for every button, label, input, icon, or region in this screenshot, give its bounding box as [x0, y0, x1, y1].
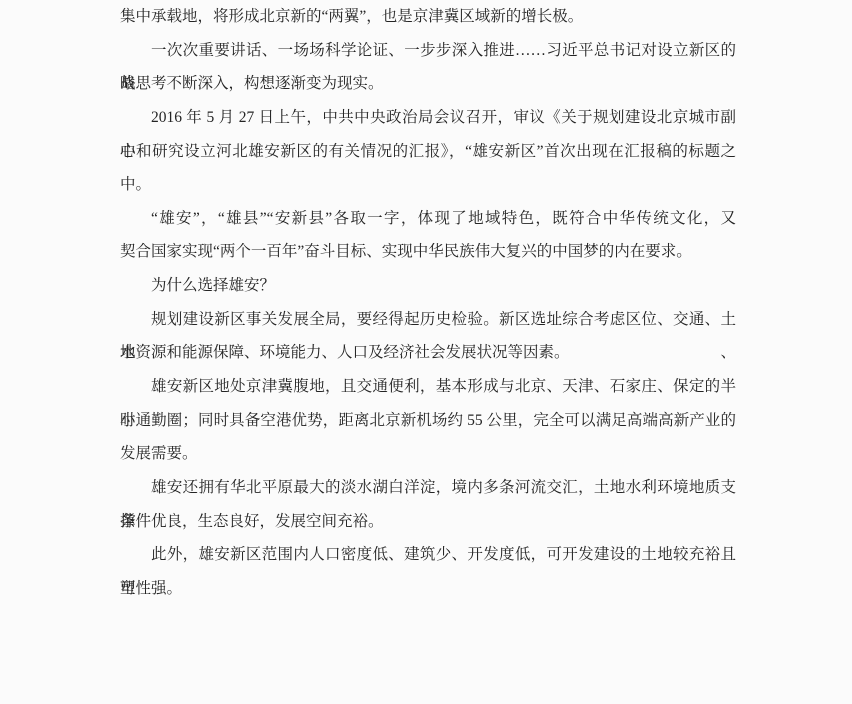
- text-line: 契合国家实现“两个一百年”奋斗目标、实现中华民族伟大复兴的中国梦的内在要求。: [120, 235, 736, 269]
- text-line: 时通勤圈；同时具备空港优势，距离北京新机场约 55 公里，完全可以满足高端高新产…: [120, 404, 736, 438]
- text-line: 此外，雄安新区范围内人口密度低、建筑少、开发度低，可开发建设的土地较充裕且可: [120, 538, 736, 572]
- text-line: 条件优良，生态良好，发展空间充裕。: [120, 505, 736, 539]
- text-line: 发展需要。: [120, 437, 736, 471]
- text-line: 集中承载地，将形成北京新的“两翼”，也是京津冀区域新的增长极。: [120, 0, 736, 34]
- text-line: 一次次重要讲话、一场场科学论证、一步步深入推进……习近平总书记对设立新区的战: [120, 34, 736, 68]
- text-line: “雄安”，“雄县”“安新县”各取一字，体现了地域特色，既符合中华传统文化，又: [120, 202, 736, 236]
- text-line: 雄安新区地处京津冀腹地，且交通便利，基本形成与北京、天津、石家庄、保定的半小: [120, 370, 736, 404]
- document-page: 集中承载地，将形成北京新的“两翼”，也是京津冀区域新的增长极。一次次重要讲话、一…: [0, 0, 852, 704]
- text-line: 塑性强。: [120, 572, 736, 606]
- text-line: 雄安还拥有华北平原最大的淡水湖白洋淀，境内多条河流交汇，土地水利环境地质支撑: [120, 471, 736, 505]
- text-line: 规划建设新区事关发展全局，要经得起历史检验。新区选址综合考虑区位、交通、土地、: [120, 303, 736, 337]
- text-line: 中。: [120, 168, 736, 202]
- text-line: 略思考不断深入，构想逐渐变为现实。: [120, 67, 736, 101]
- text-block: 集中承载地，将形成北京新的“两翼”，也是京津冀区域新的增长极。一次次重要讲话、一…: [120, 0, 736, 606]
- text-line: 为什么选择雄安？: [120, 269, 736, 303]
- text-line: 心和研究设立河北雄安新区的有关情况的汇报》，“雄安新区”首次出现在汇报稿的标题之: [120, 135, 736, 169]
- text-line: 2016 年 5 月 27 日上午，中共中央政治局会议召开，审议《关于规划建设北…: [120, 101, 736, 135]
